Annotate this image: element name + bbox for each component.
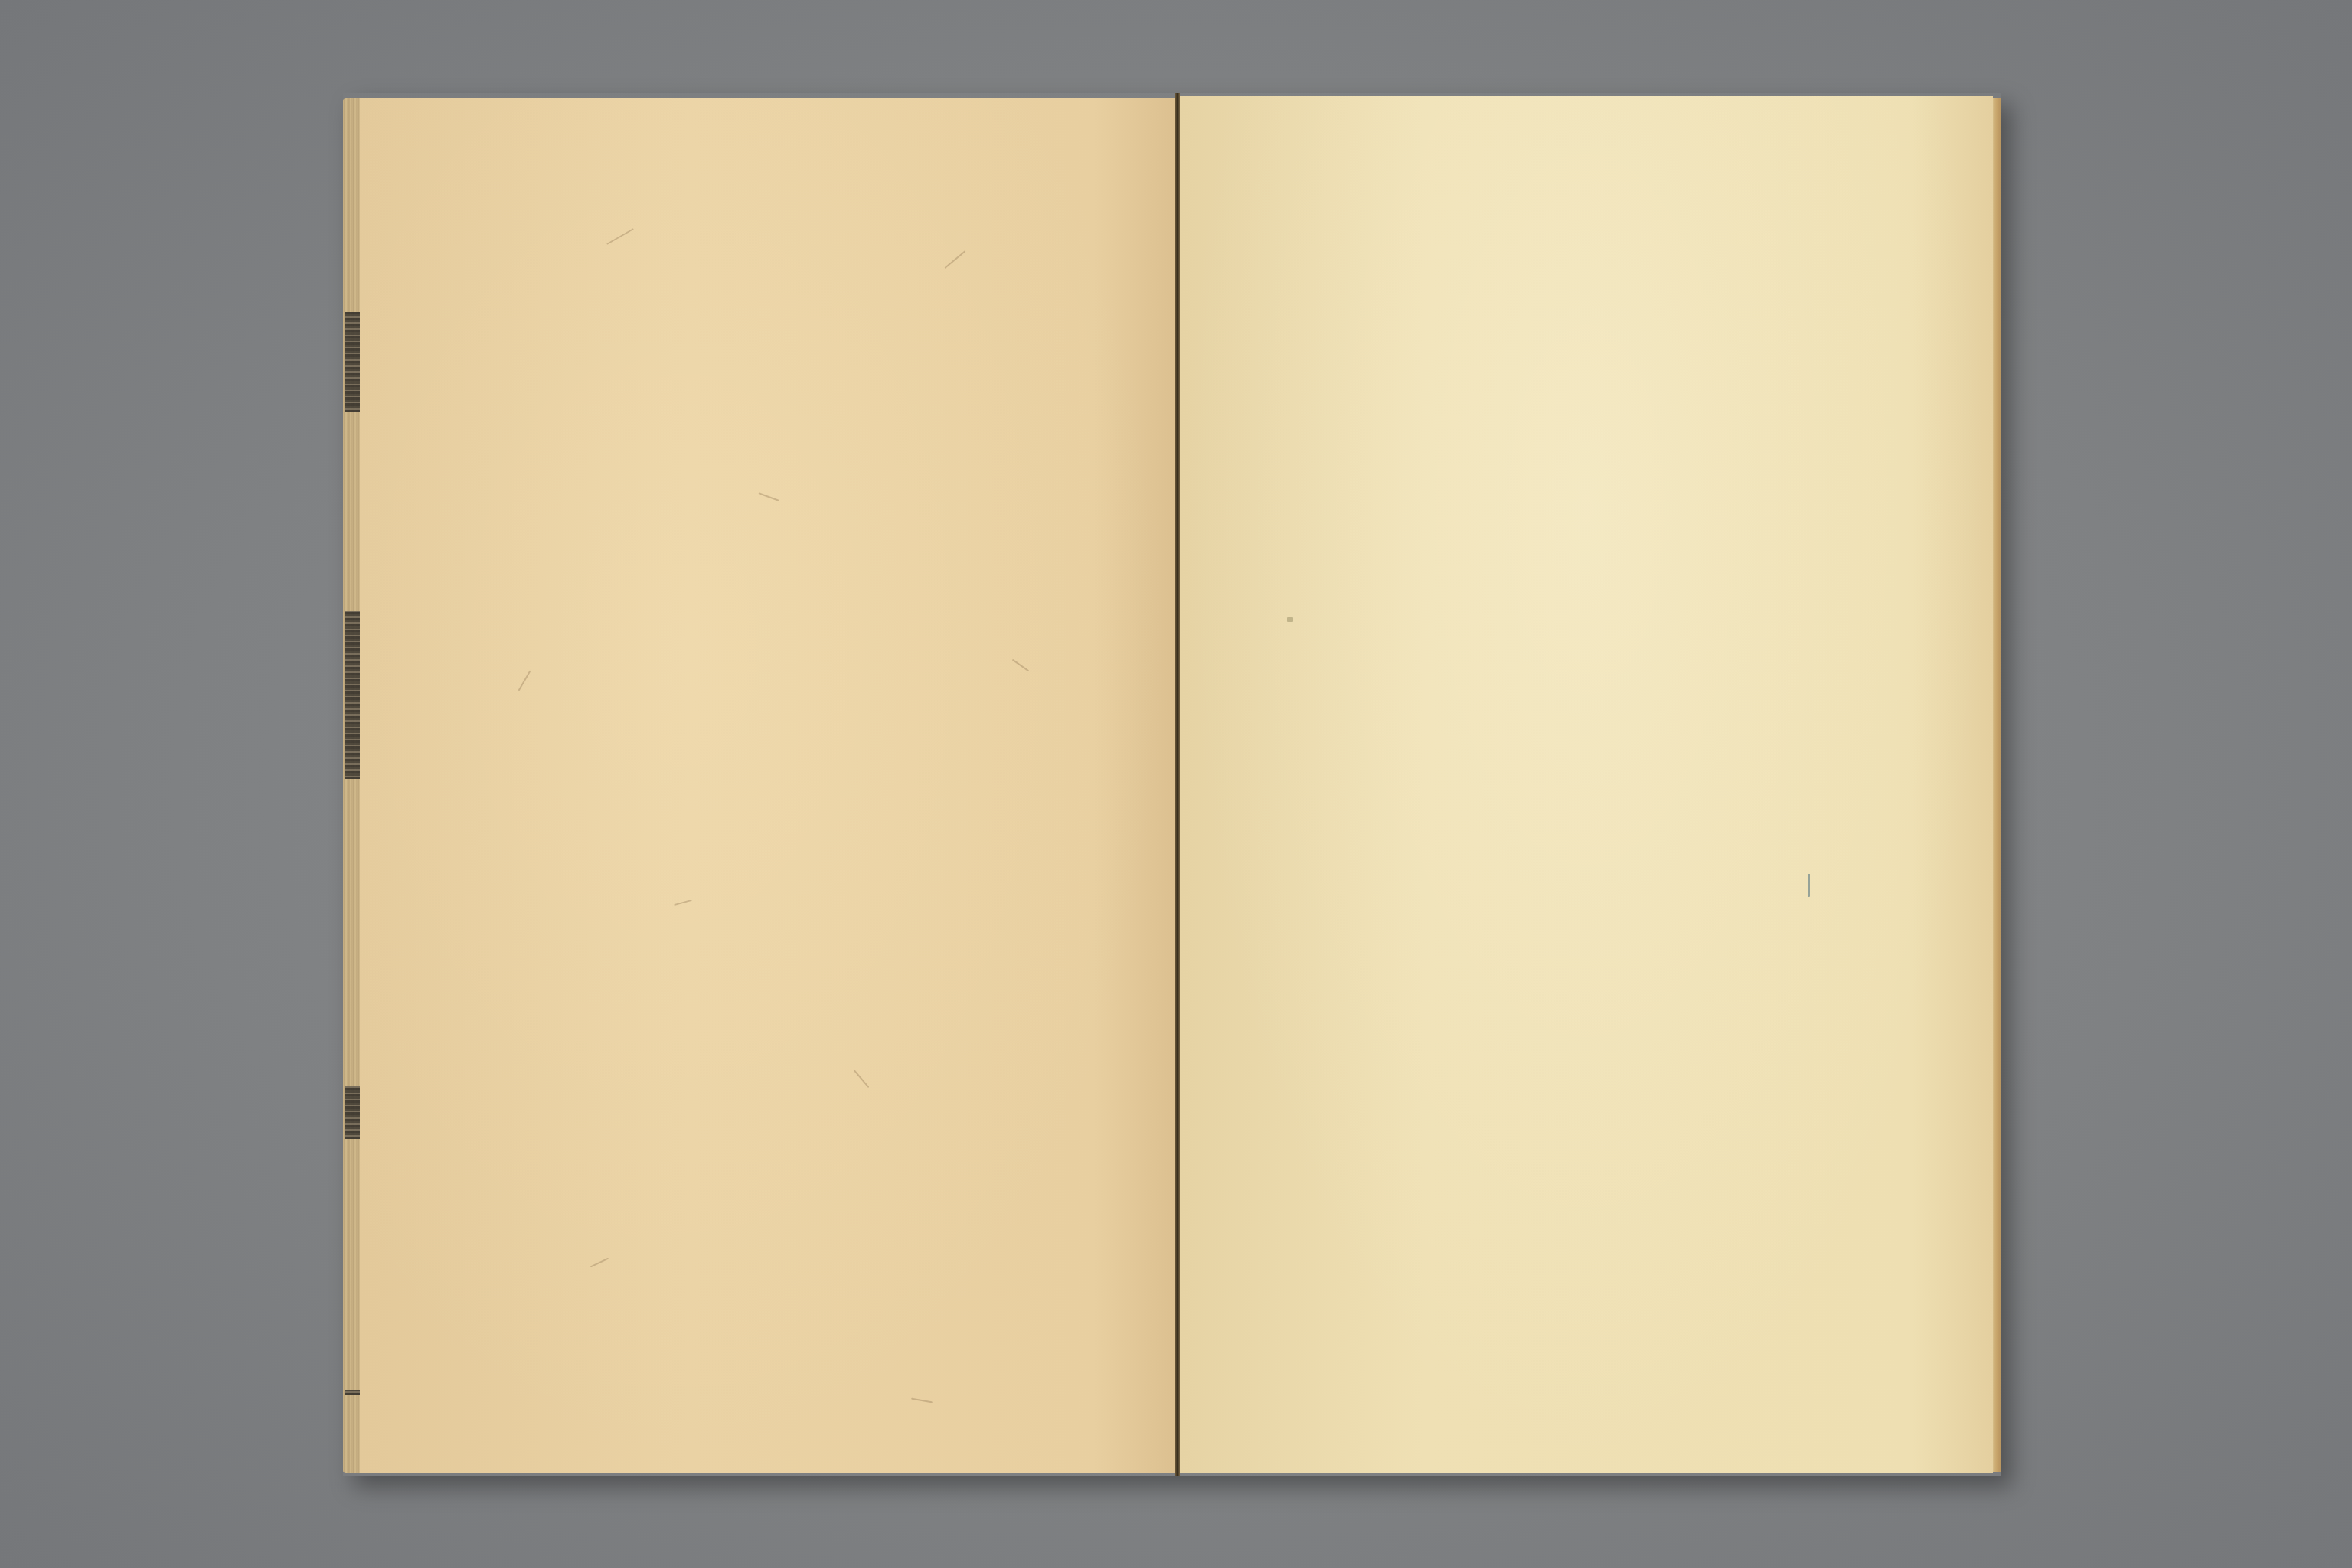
paper-fiber [1808,874,1810,897]
paper-fiber [606,228,634,245]
ink-mark [345,611,361,779]
left-page [360,98,1175,1473]
paper-fiber [518,671,531,691]
ink-mark [345,1390,361,1395]
paper-fiber [854,1070,870,1088]
paper-fiber [674,900,692,906]
paper-fiber [944,250,965,269]
right-page-edge [1993,98,2001,1472]
ink-mark [345,312,361,412]
open-book [343,93,2001,1476]
paper-fiber [1012,659,1029,672]
paper-fiber [911,1398,933,1403]
paper-speck [1287,617,1293,622]
right-page [1180,96,1993,1473]
paper-fiber [759,492,779,501]
paper-fiber [590,1258,609,1268]
ink-mark [345,1086,361,1139]
